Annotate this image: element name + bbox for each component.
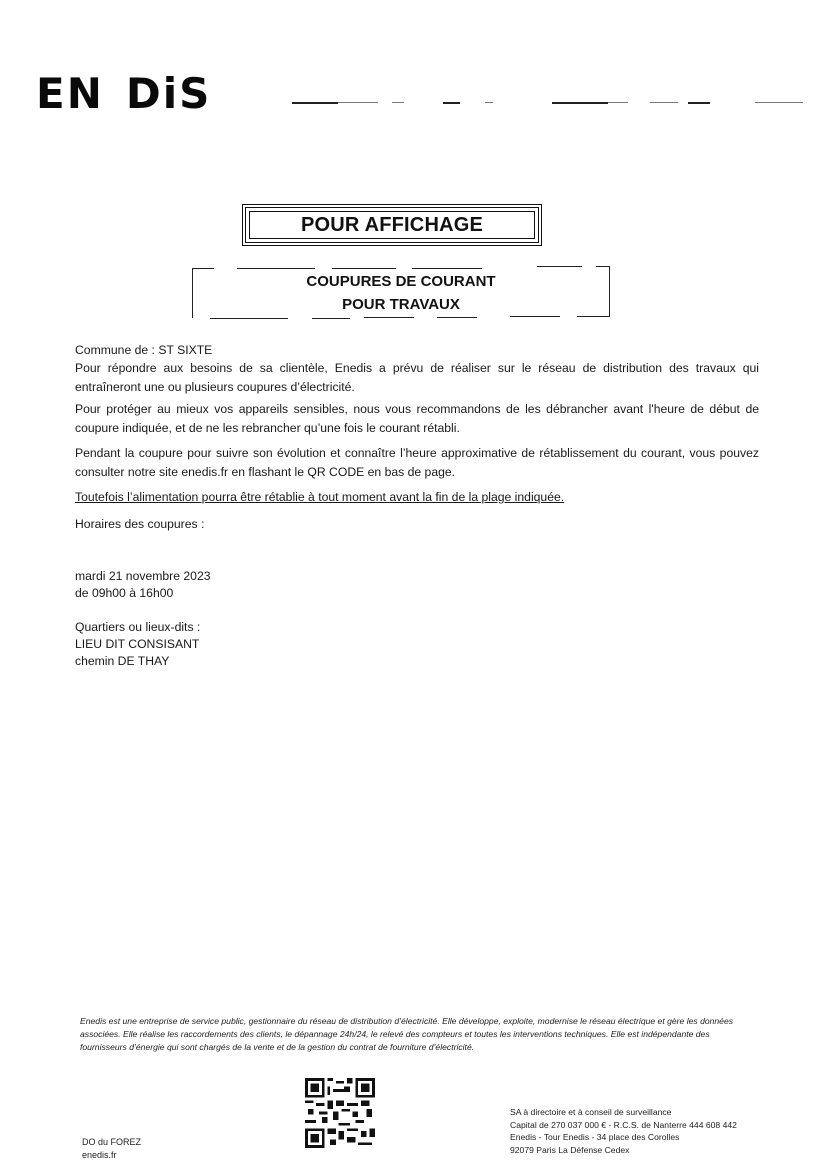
company-info-line: 92079 Paris La Défense Cedex <box>510 1144 737 1157</box>
paragraph-protection: Pour protéger au mieux vos appareils sen… <box>75 400 759 438</box>
outage-time: de 09h00 à 16h00 <box>75 584 759 603</box>
enedis-logo: ENDiS <box>36 73 211 115</box>
schedule-label: Horaires des coupures : <box>75 515 759 534</box>
location-item: chemin DE THAY <box>75 652 759 671</box>
footer-left: DO du FOREZ enedis.fr <box>82 1136 141 1162</box>
footer-company-info: SA à directoire et à conseil de surveill… <box>510 1106 737 1156</box>
paragraph-tracking: Pendant la coupure pour suivre son évolu… <box>75 444 759 482</box>
commune-value: ST SIXTE <box>158 343 212 357</box>
commune-line: Commune de : ST SIXTE <box>75 341 759 360</box>
subtitle-line-1: COUPURES DE COURANT <box>192 271 610 292</box>
website-link[interactable]: enedis.fr <box>82 1149 141 1162</box>
footer-legal-text: Enedis est une entreprise de service pub… <box>80 1015 745 1054</box>
regional-office: DO du FOREZ <box>82 1136 141 1149</box>
warning-note: Toutefois l’alimentation pourra être rét… <box>75 488 759 507</box>
company-info-line: SA à directoire et à conseil de surveill… <box>510 1106 737 1119</box>
commune-label: Commune de : <box>75 343 158 357</box>
logo-text-right: DiS <box>126 69 212 118</box>
coupures-box: COUPURES DE COURANT POUR TRAVAUX <box>192 266 610 318</box>
pour-affichage-box: POUR AFFICHAGE <box>242 204 542 246</box>
pour-affichage-title: POUR AFFICHAGE <box>301 214 483 237</box>
subtitle-line-2: POUR TRAVAUX <box>192 294 610 315</box>
logo-text-left: EN <box>36 69 104 118</box>
company-info-line: Capital de 270 037 000 € - R.C.S. de Nan… <box>510 1119 737 1132</box>
paragraph-intro: Pour répondre aux besoins de sa clientèl… <box>75 359 759 397</box>
company-info-line: Enedis - Tour Enedis - 34 place des Coro… <box>510 1131 737 1144</box>
qr-code-icon[interactable] <box>305 1078 375 1148</box>
